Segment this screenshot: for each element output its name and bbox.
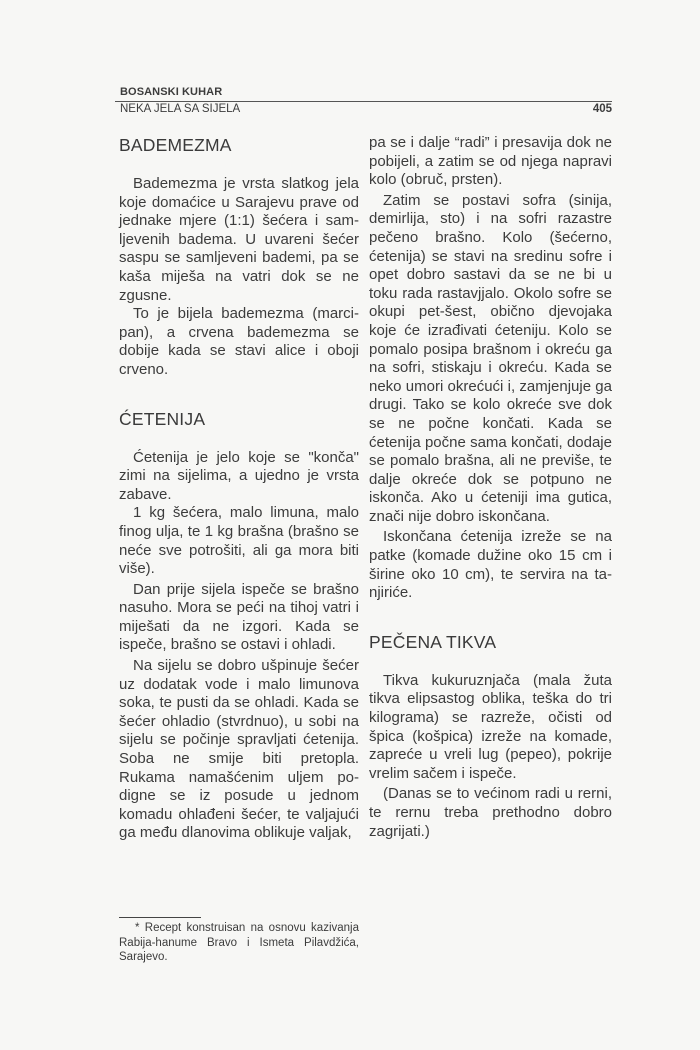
- book-title: BOSANSKI KUHAR: [118, 86, 612, 99]
- paragraph: Ćetenija je jelo koje se "konča" zimi na…: [119, 449, 359, 505]
- paragraph: To je bijela bademezma (marci­pan), a cr…: [119, 305, 359, 379]
- paragraph: Iskončana ćetenija izreže se na patke (k…: [369, 528, 612, 602]
- paragraph: Zatim se postavi sofra (sinija, demirlij…: [369, 192, 612, 527]
- continued-paragraph: pa se i dalje “radi” i presavija dok ne …: [369, 134, 612, 190]
- book-page: BOSANSKI KUHAR NEKA JELA SA SIJELA 405 B…: [0, 0, 700, 1050]
- paragraph: Na sijelu se dobro ušpinuje šećer uz dod…: [119, 657, 359, 843]
- paragraph: Tikva kukuruznjača (mala žuta tikva elip…: [369, 672, 612, 784]
- section-heading-cetenija: ĆETENIJA: [119, 408, 359, 430]
- page-number: 405: [593, 103, 612, 116]
- footnote-rule: [119, 917, 201, 918]
- left-column: BADEMEZMA Bademezma je vrsta slatkog jel…: [119, 134, 359, 843]
- paragraph: (Danas se to većinom radi u rerni, te re…: [369, 785, 612, 841]
- paragraph: Dan prije sijela ispeče se brašno nasuho…: [119, 581, 359, 655]
- chapter-title: NEKA JELA SA SIJELA: [120, 103, 240, 116]
- section-heading-bademezma: BADEMEZMA: [119, 134, 359, 156]
- right-column: pa se i dalje “radi” i presavija dok ne …: [369, 134, 612, 841]
- paragraph: Bademezma je vrsta slatkog jela koje dom…: [119, 175, 359, 305]
- paragraph: 1 kg šećera, malo limuna, malo finog ulj…: [119, 504, 359, 578]
- running-head: BOSANSKI KUHAR: [118, 86, 612, 99]
- header-rule: [115, 101, 612, 102]
- footnote: * Recept konstruisan na osnovu kazivan­j…: [119, 921, 359, 965]
- section-heading-pecena-tikva: PEČENA TIKVA: [369, 631, 612, 653]
